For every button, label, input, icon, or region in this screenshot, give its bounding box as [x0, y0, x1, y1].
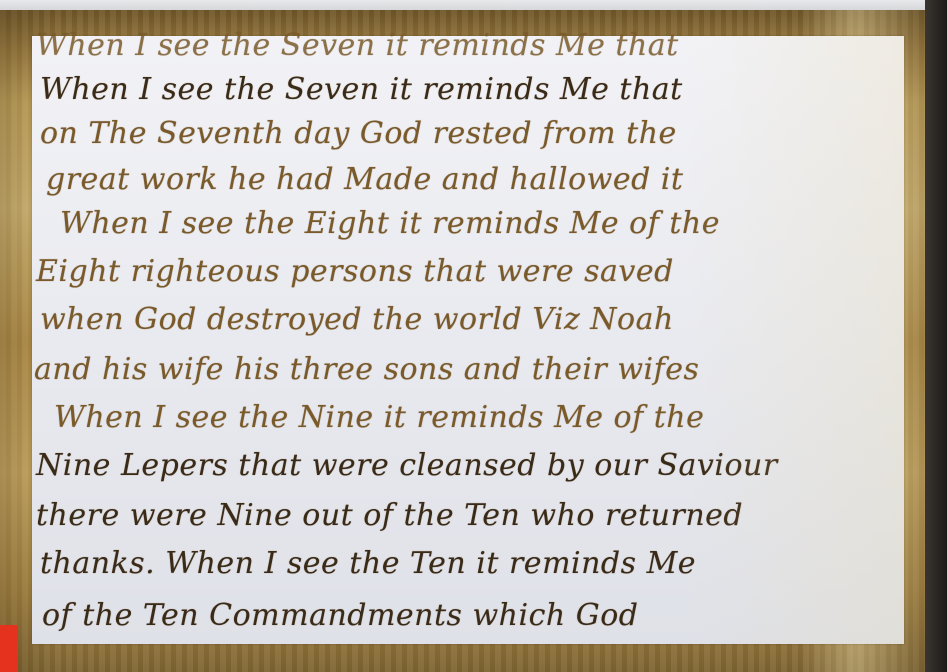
text-line-6: Eight righteous persons that were saved [36, 254, 674, 289]
text-line-1: When I see the Seven it reminds Me that [36, 28, 679, 63]
text-line-3: on The Seventh day God rested from the [40, 116, 677, 151]
text-line-11: there were Nine out of the Ten who retur… [36, 498, 743, 533]
text-line-2: When I see the Seven it reminds Me that [40, 72, 683, 107]
text-line-4: great work he had Made and hallowed it [46, 162, 683, 197]
text-line-8: and his wife his three sons and their wi… [34, 352, 699, 387]
text-line-12: thanks. When I see the Ten it reminds Me [40, 546, 696, 581]
text-line-10: Nine Lepers that were cleansed by our Sa… [36, 448, 778, 483]
text-line-5: When I see the Eight it reminds Me of th… [60, 206, 720, 241]
dark-background-edge [925, 0, 947, 672]
manuscript-page: When I see the Seven it reminds Me that … [32, 36, 904, 644]
handwritten-text: When I see the Seven it reminds Me that … [32, 36, 904, 644]
red-tab [0, 625, 18, 672]
text-line-13: of the Ten Commandments which God [42, 598, 638, 633]
text-line-7: when God destroyed the world Viz Noah [40, 302, 674, 337]
text-line-9: When I see the Nine it reminds Me of the [54, 400, 704, 435]
